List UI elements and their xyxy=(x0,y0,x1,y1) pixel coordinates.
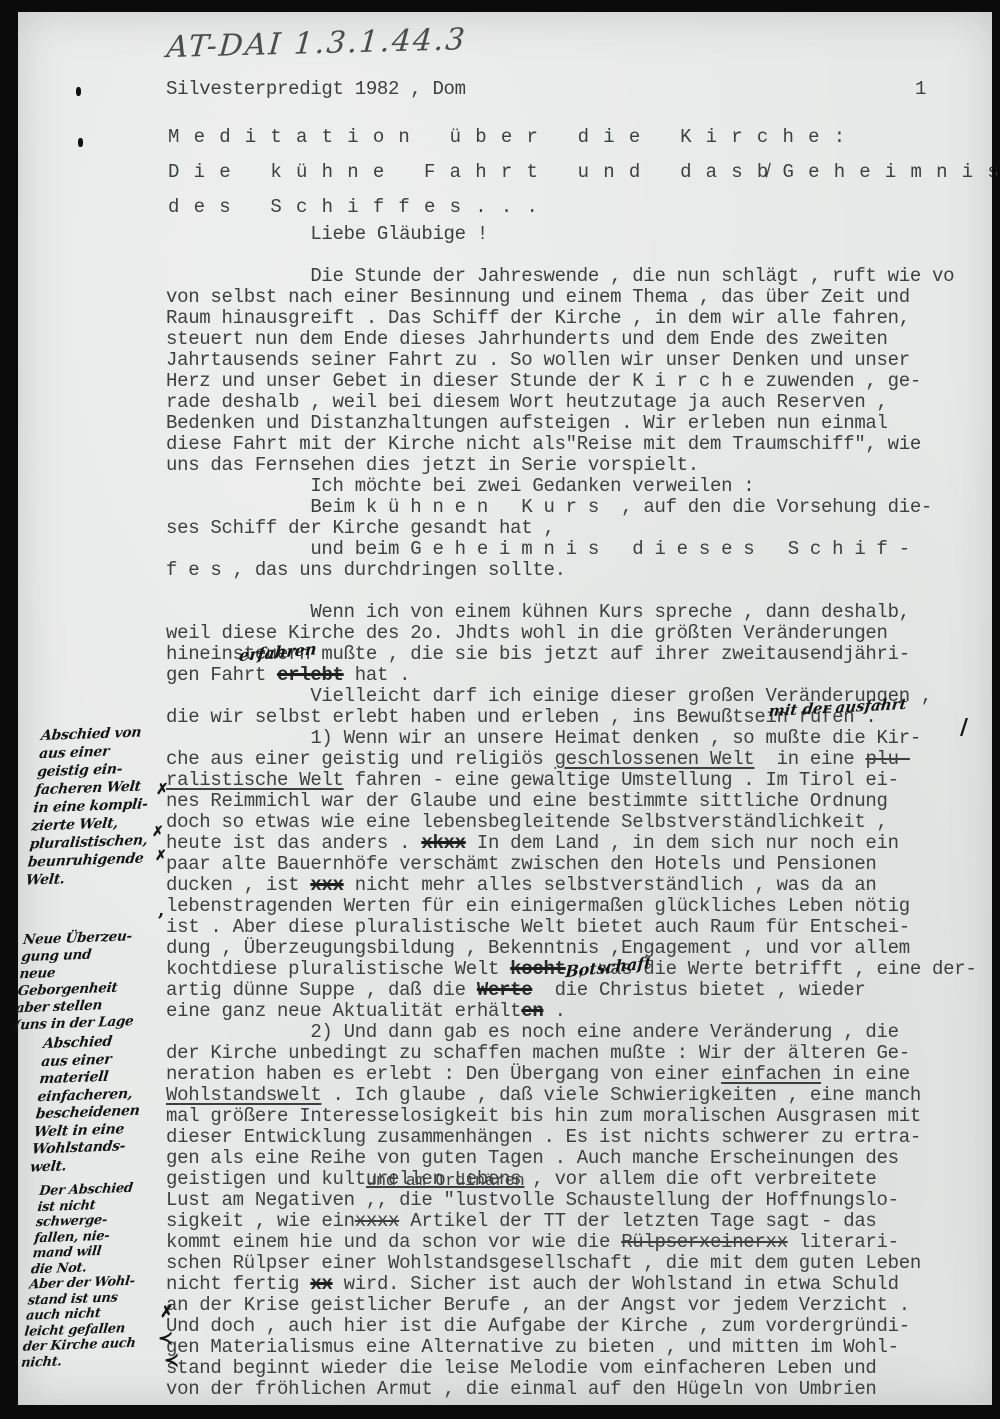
typed-line: ses Schiff der Kirche gesandt hat , xyxy=(166,518,1000,539)
typed-line: Bedenken und Distanzhaltungen aufsteigen… xyxy=(166,413,1000,434)
typed-line: gen Materialismus eine Alternative zu bi… xyxy=(166,1337,1000,1358)
pen-mark: ✗ xyxy=(155,848,167,864)
typed-line: paar alte Bauernhöfe verschämt zwischen … xyxy=(166,854,1000,875)
margin-note: Neue Überzeu- gung und neue Geborgenheit… xyxy=(13,926,184,1034)
typed-line: 2) Und dann gab es noch eine andere Verä… xyxy=(166,1022,1000,1043)
margin-note: Abschied aus einer materiell einfacheren… xyxy=(29,1031,194,1177)
typed-line: ralistische Welt fahren - eine gewaltige… xyxy=(166,770,1000,791)
typed-line: uns das Fernsehen dies jetzt in Serie vo… xyxy=(166,455,1000,476)
margin-note: Abschied von aus einer geistig ein- fach… xyxy=(25,722,182,890)
typed-line: dieser Entwicklung zusammenhängen . Es i… xyxy=(166,1127,1000,1148)
pen-mark: ≺ xyxy=(164,1350,179,1371)
typed-line: che aus einer geistig und religiös gesch… xyxy=(166,749,1000,770)
typed-line xyxy=(166,245,1000,266)
pen-mark: ≺ xyxy=(158,1328,173,1349)
pen-mark: ✗ xyxy=(160,1302,173,1321)
typed-line: rade deshalb , weil bei diesem Wort heut… xyxy=(166,392,1000,413)
pen-mark: , xyxy=(158,900,164,921)
typed-line: gen Fahrt erlebt hat . xyxy=(166,665,1000,686)
archive-reference: AT-DAI 1.3.1.44.3 xyxy=(165,22,468,65)
typed-line: mal größere Interesselosigkeit bis hin z… xyxy=(166,1106,1000,1127)
typed-line: sigkeit , wie einxxxx Artikel der TT der… xyxy=(166,1211,1000,1232)
typed-line: geistigen und kulturellen Lebens , vor a… xyxy=(166,1169,1000,1190)
typed-interline-insert: und am Ordinären xyxy=(366,1172,524,1191)
typed-line: und beim G e h e i m n i s d i e s e s S… xyxy=(166,539,1000,560)
typed-line: nicht fertig xx wird. Sicher ist auch de… xyxy=(166,1274,1000,1295)
typed-line: Herz und unser Gebet in dieser Stunde de… xyxy=(166,371,1000,392)
typed-line: Ich möchte bei zwei Gedanken verweilen : xyxy=(166,476,1000,497)
typed-line: lebenstragenden Werten für ein einigerma… xyxy=(166,896,1000,917)
title-line: M e d i t a t i o n ü b e r d i e K i r … xyxy=(168,120,1000,155)
typed-line: Liebe Gläubige ! xyxy=(166,224,1000,245)
title-line: d e s S c h i f f e s . . . xyxy=(168,190,1000,225)
typed-line: ist . Aber diese pluralistische Welt bie… xyxy=(166,917,1000,938)
pen-mark: ✗ xyxy=(152,824,164,840)
pen-mark: ∕ xyxy=(960,714,968,740)
typed-line: Lust am Negativen ,, die "lustvolle Scha… xyxy=(166,1190,1000,1211)
typed-line: Die Stunde der Jahreswende , die nun sch… xyxy=(166,266,1000,287)
typed-line: gen als eine Reihe von guten Tagen . Auc… xyxy=(166,1148,1000,1169)
scan-edge xyxy=(992,12,996,1405)
ink-dot xyxy=(78,138,83,147)
pen-mark: ✗ xyxy=(156,780,169,798)
typed-line: von der fröhlichen Armut , die einmal au… xyxy=(166,1379,1000,1400)
paper-sheet: AT-DAI 1.3.1.44.3 Silvesterpredigt 1982 … xyxy=(18,12,996,1405)
typed-line: Jahrtausends seiner Fahrt zu . So wollen… xyxy=(166,350,1000,371)
document-header: Silvesterpredigt 1982 , Dom xyxy=(166,78,986,100)
typed-body: Liebe Gläubige ! Die Stunde der Jahreswe… xyxy=(166,224,1000,1400)
typed-line: neration haben es erlebt : Den Übergang … xyxy=(166,1064,1000,1085)
typed-line: steuert nun dem Ende dieses Jahrhunderts… xyxy=(166,329,1000,350)
typed-line xyxy=(166,581,1000,602)
scanned-document-page: AT-DAI 1.3.1.44.3 Silvesterpredigt 1982 … xyxy=(0,0,1000,1419)
document-title: M e d i t a t i o n ü b e r d i e K i r … xyxy=(168,120,1000,225)
typed-line: 1) Wenn wir an unsere Heimat denken , so… xyxy=(166,728,1000,749)
typed-line: dung , Überzeugungsbildung , Bekenntnis … xyxy=(166,938,1000,959)
typed-line: schen Rülpser einer Wohlstandsgesellscha… xyxy=(166,1253,1000,1274)
page-number: 1 xyxy=(915,78,926,100)
typed-line: Wohlstandswelt . Ich glaube , daß viele … xyxy=(166,1085,1000,1106)
typed-line: Beim k ü h n e n K u r s , auf den die V… xyxy=(166,497,1000,518)
typed-line: Raum hinausgreift . Das Schiff der Kirch… xyxy=(166,308,1000,329)
typed-line: doch so etwas wie eine lebensbegleitende… xyxy=(166,812,1000,833)
typed-line: Wenn ich von einem kühnen Kurs spreche ,… xyxy=(166,602,1000,623)
typed-line: artig dünne Suppe , daß die Werte die Ch… xyxy=(166,980,1000,1001)
typed-line: ducken , ist xxx nicht mehr alles selbst… xyxy=(166,875,1000,896)
typed-line: nes Reimmichl war der Glaube und eine be… xyxy=(166,791,1000,812)
typed-line: f e s , das uns durchdringen sollte. xyxy=(166,560,1000,581)
typed-line: an der Krise geistlicher Berufe , an der… xyxy=(166,1295,1000,1316)
typed-line: Und doch , auch hier ist die Aufgabe der… xyxy=(166,1316,1000,1337)
typed-line: heute ist das anders . xkxx In dem Land … xyxy=(166,833,1000,854)
typed-line: stand beginnt wieder die leise Melodie v… xyxy=(166,1358,1000,1379)
typed-line: eine ganz neue Aktualität erhälten . xyxy=(166,1001,1000,1022)
typed-line: der Kirche unbedingt zu schaffen machen … xyxy=(166,1043,1000,1064)
typed-line: kommt einem hie und da schon vor wie die… xyxy=(166,1232,1000,1253)
typed-line: von selbst nach einer Besinnung und eine… xyxy=(166,287,1000,308)
typed-line: diese Fahrt mit der Kirche nicht als"Rei… xyxy=(166,434,1000,455)
title-line: D i e k ü h n e F a h r t u n d d a s b̸… xyxy=(168,155,1000,190)
ink-dot xyxy=(76,87,81,96)
